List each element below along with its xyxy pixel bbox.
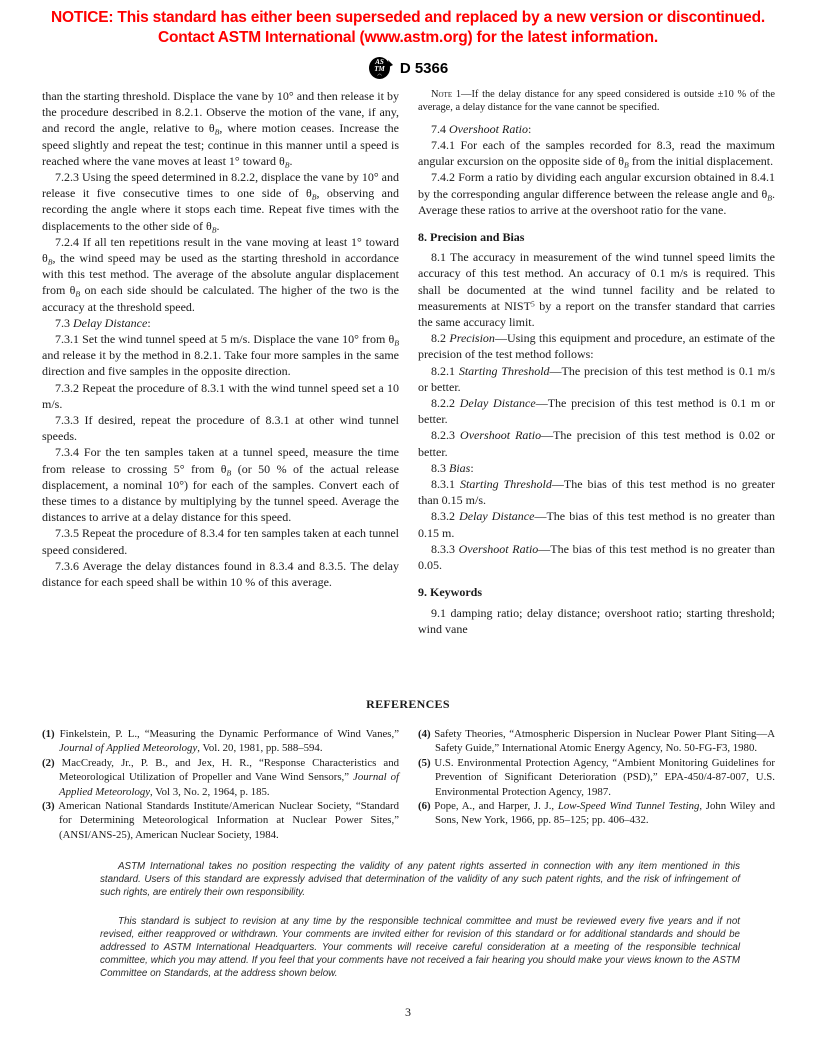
paragraph: 7.3.1 Set the wind tunnel speed at 5 m/s…	[42, 331, 399, 380]
paragraph: 7.4.2 Form a ratio by dividing each angu…	[418, 169, 775, 218]
astm-logo-icon: AS TM ◠	[368, 56, 394, 80]
paragraph: 7.3.2 Repeat the procedure of 8.3.1 with…	[42, 380, 399, 412]
paragraph: 7.2.4 If all ten repetitions result in t…	[42, 234, 399, 315]
paragraph: 8.2.3 Overshoot Ratio—The precision of t…	[418, 427, 775, 459]
paragraph: 7.3.4 For the ten samples taken at a tun…	[42, 444, 399, 525]
document-page: NOTICE: This standard has either been su…	[0, 0, 816, 1056]
paragraph: 7.3.5 Repeat the procedure of 8.3.4 for …	[42, 525, 399, 557]
reference-number: (5)	[418, 757, 431, 769]
section-heading: 8. Precision and Bias	[418, 229, 775, 245]
paragraph: 7.4.1 For each of the samples recorded f…	[418, 137, 775, 169]
paragraph: 7.3 Delay Distance:	[42, 315, 399, 331]
paragraph: than the starting threshold. Displace th…	[42, 88, 399, 169]
references-right-column: (4) Safety Theories, “Atmospheric Disper…	[418, 727, 775, 828]
designation-header: AS TM ◠ D 5366	[0, 55, 816, 81]
paragraph: (1) Finkelstein, P. L., “Measuring the D…	[42, 727, 399, 756]
supersession-notice: NOTICE: This standard has either been su…	[0, 8, 816, 47]
paragraph: 7.3.3 If desired, repeat the procedure o…	[42, 412, 399, 444]
footer-disclaimers: ASTM International takes no position res…	[100, 860, 740, 981]
paragraph: 8.2.2 Delay Distance—The precision of th…	[418, 395, 775, 427]
paragraph: 8.2.1 Starting Threshold—The precision o…	[418, 363, 775, 395]
paragraph: (3) American National Standards Institut…	[42, 799, 399, 842]
references-left-column: (1) Finkelstein, P. L., “Measuring the D…	[42, 727, 399, 842]
references-heading: REFERENCES	[0, 697, 816, 712]
paragraph: 7.3.6 Average the delay distances found …	[42, 558, 399, 590]
paragraph: (5) U.S. Environmental Protection Agency…	[418, 756, 775, 799]
notice-line-1: NOTICE: This standard has either been su…	[0, 8, 816, 28]
paragraph: 8.3.3 Overshoot Ratio—The bias of this t…	[418, 541, 775, 573]
paragraph: Note 1—If the delay distance for any spe…	[418, 88, 775, 115]
paragraph: 7.4 Overshoot Ratio:	[418, 121, 775, 137]
svg-text:TM: TM	[374, 65, 385, 73]
body-left-column: than the starting threshold. Displace th…	[42, 88, 399, 590]
paragraph: 8.1 The accuracy in measurement of the w…	[418, 249, 775, 330]
standard-designation: D 5366	[400, 60, 448, 77]
reference-number: (6)	[418, 800, 431, 812]
reference-number: (4)	[418, 728, 431, 740]
svg-text:◠: ◠	[377, 73, 382, 79]
body-right-column: Note 1—If the delay distance for any spe…	[418, 88, 775, 637]
paragraph: 8.2 Precision—Using this equipment and p…	[418, 330, 775, 362]
paragraph: (4) Safety Theories, “Atmospheric Disper…	[418, 727, 775, 756]
paragraph: 9.1 damping ratio; delay distance; overs…	[418, 605, 775, 637]
notice-line-2: Contact ASTM International (www.astm.org…	[0, 28, 816, 48]
paragraph: 8.3.2 Delay Distance—The bias of this te…	[418, 508, 775, 540]
paragraph: (6) Pope, A., and Harper, J. J., Low-Spe…	[418, 799, 775, 828]
section-heading: 9. Keywords	[418, 584, 775, 600]
paragraph: 7.2.3 Using the speed determined in 8.2.…	[42, 169, 399, 234]
paragraph: (2) MacCready, Jr., P. B., and Jex, H. R…	[42, 756, 399, 799]
revision-disclaimer: This standard is subject to revision at …	[100, 915, 740, 981]
paragraph: 8.3 Bias:	[418, 460, 775, 476]
reference-number: (1)	[42, 728, 55, 740]
patent-disclaimer: ASTM International takes no position res…	[100, 860, 740, 900]
paragraph: 8.3.1 Starting Threshold—The bias of thi…	[418, 476, 775, 508]
page-number: 3	[0, 1005, 816, 1020]
reference-number: (2)	[42, 757, 55, 769]
reference-number: (3)	[42, 800, 55, 812]
